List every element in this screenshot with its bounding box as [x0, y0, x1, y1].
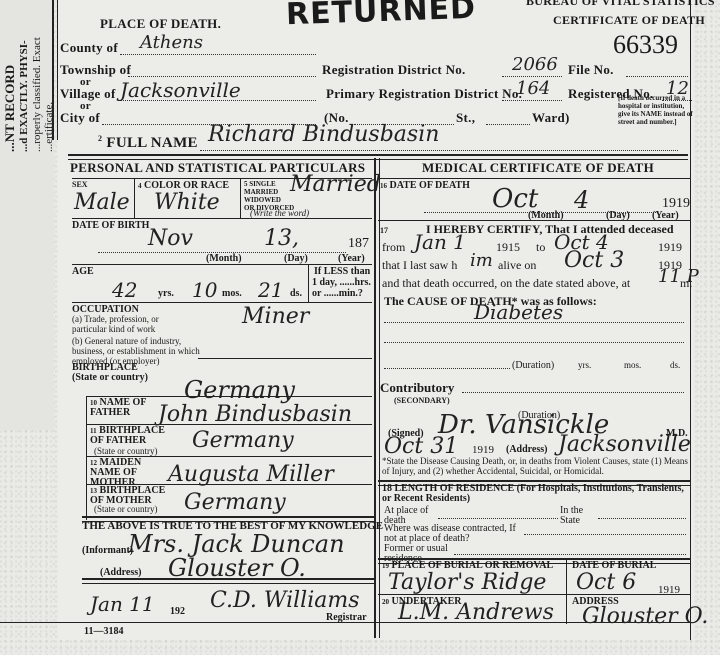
occupation-sub: (a) Trade, profession, or particular kin…: [72, 314, 192, 334]
father-birthplace-num: 11: [90, 427, 97, 435]
age-days: 21: [258, 278, 283, 302]
county-field: Athens: [120, 40, 316, 55]
marital-num: 5: [244, 180, 248, 188]
registration-district-value: 2066: [512, 54, 558, 75]
age-months: 10: [192, 278, 217, 302]
father-birthplace-label: 11 BIRTHPLACE OF FATHER: [90, 426, 170, 446]
father-label-text: NAME OF FATHER: [90, 397, 146, 418]
ds-label: ds.: [670, 360, 680, 370]
city-label: City of: [60, 110, 100, 126]
cause-value: Diabetes: [474, 300, 563, 324]
township-label: Township of: [60, 62, 131, 78]
occurred-text: and that death occurred, on the date sta…: [382, 276, 630, 291]
rule: [240, 178, 241, 218]
dob-day: 13,: [264, 226, 299, 251]
father-birthplace-value: Germany: [192, 428, 294, 453]
margin-strip: ...NT RECORD ...d EXACTLY. PHYSI- ...rop…: [0, 0, 54, 430]
age-years: 42: [112, 278, 137, 302]
rule: [72, 264, 372, 265]
dob-year-caption: (Year): [338, 253, 365, 264]
dob-label: DATE OF BIRTH: [72, 220, 149, 231]
occupation-value: Miner: [242, 304, 309, 329]
primary-district-field: 164: [502, 86, 562, 101]
marital-note: (Write the word): [250, 208, 309, 218]
margin-note: ...NT RECORD ...d EXACTLY. PHYSI- ...rop…: [2, 2, 52, 152]
undertaker-num: 20: [382, 598, 389, 606]
rule: [308, 264, 309, 302]
rule: [566, 558, 567, 624]
dob-month-caption: (Month): [206, 253, 242, 264]
burial-num: 19: [382, 562, 389, 570]
filed-year: 192: [170, 606, 185, 617]
residence-label: 18 LENGTH OF RESIDENCE (For Hospitals, I…: [382, 484, 688, 504]
margin-note-line: ...d EXACTLY. PHYSI-: [18, 40, 30, 152]
certificate-number: 66339: [613, 30, 678, 60]
contributory-label: Contributory: [380, 380, 454, 396]
full-name-value: Richard Bindusbasin: [208, 122, 439, 147]
birthplace-sub: (State or country): [72, 372, 148, 383]
yrs-label: yrs.: [158, 288, 174, 299]
dod-num: 16: [380, 182, 387, 190]
rule: [378, 594, 690, 595]
street-label: St.,: [456, 110, 475, 126]
father-label: 10 NAME OF FATHER: [90, 398, 160, 418]
yrs-label: yrs.: [578, 360, 591, 370]
age-label: AGE: [72, 266, 94, 277]
file-no-label: File No.: [568, 62, 614, 78]
contracted-label: Where was disease contracted, If not at …: [384, 524, 524, 544]
undertaker-value: L.M. Andrews: [398, 600, 554, 625]
mother-birthplace-sub: (State or country): [94, 504, 157, 514]
full-name-label: 2 FULL NAME: [98, 134, 198, 152]
medical-heading: MEDICAL CERTIFICATE OF DEATH: [422, 160, 654, 176]
county-value: Athens: [140, 32, 203, 53]
margin-note-line: ...NT RECORD: [2, 65, 18, 152]
certify-num: 17: [380, 226, 388, 235]
rule: [198, 358, 372, 359]
signed-address-value: Jacksonville: [558, 432, 691, 457]
birthplace-value: Germany: [184, 376, 295, 404]
duration-label: (Duration): [512, 360, 554, 371]
marital-option-widowed: WIDOWED: [244, 196, 281, 204]
certificate-title: CERTIFICATE OF DEATH: [553, 13, 705, 28]
county-label: County of: [60, 40, 118, 56]
race-num: 4: [138, 182, 142, 190]
mother-birthplace-label: 13 BIRTHPLACE OF MOTHER: [90, 486, 170, 506]
secondary-label: (SECONDARY): [394, 396, 450, 405]
rule: [454, 552, 686, 555]
signed-year: 1919: [472, 444, 494, 456]
dob-field: [98, 240, 346, 253]
father-birthplace-sub: (State or country): [94, 446, 157, 456]
primary-district-label: Primary Registration District No.: [326, 86, 522, 102]
mother-birthplace-text: BIRTHPLACE OF MOTHER: [90, 485, 165, 506]
dod-label: 16 DATE OF DEATH: [380, 180, 470, 191]
last-saw-label: that I last saw h: [382, 258, 457, 273]
rule: [72, 218, 372, 219]
burial-date-value: Oct 6: [576, 570, 636, 595]
to-label: to: [536, 240, 545, 255]
registrar-value: C.D. Williams: [210, 588, 360, 613]
dod-label-text: DATE OF DEATH: [390, 180, 470, 191]
address-label: (Address): [100, 567, 141, 578]
alive-on-value: Oct 3: [564, 248, 624, 273]
rule: [378, 178, 690, 179]
rule: [524, 530, 686, 535]
registration-district-field: 2066: [502, 62, 562, 77]
form-number: 11—3184: [84, 626, 123, 637]
ward-label: Ward): [532, 110, 570, 126]
rule: [462, 380, 684, 393]
less-than-label: If LESS than: [314, 266, 370, 277]
dob-day-caption: (Day): [284, 253, 308, 264]
margin-note-line: ...roperly classified. Exact: [31, 37, 43, 152]
filed-date: Jan 11: [90, 592, 155, 616]
mother-num: 12: [90, 459, 97, 467]
race-value: White: [154, 190, 220, 215]
residence-label-text: LENGTH OF RESIDENCE (For Hospitals, Inst…: [382, 483, 684, 504]
rule: [384, 360, 510, 369]
rule: [384, 342, 684, 343]
in-state-label: In the State: [560, 506, 600, 526]
to-year: 1919: [658, 240, 682, 255]
rule: [598, 512, 686, 519]
cause-footnote: *State the Disease Causing Death, or, in…: [382, 456, 688, 476]
mos-label: mos.: [624, 360, 641, 370]
township-field: [128, 62, 316, 77]
rule: [134, 178, 135, 218]
rule: [378, 220, 690, 221]
day-hrs-label: 1 day, ......hrs.: [312, 277, 371, 288]
sex-value: Male: [74, 190, 130, 215]
place-of-death-heading: PLACE OF DEATH.: [100, 16, 221, 32]
marital-option-single: SINGLE: [249, 180, 275, 188]
rule: [86, 396, 87, 520]
burial-value: Taylor's Ridge: [388, 570, 546, 595]
marital-value: Married: [290, 172, 381, 197]
last-saw-pronoun: im: [470, 250, 493, 271]
primary-district-value: 164: [516, 78, 550, 99]
signed-address-label: (Address): [506, 444, 547, 455]
full-name-num: 2: [98, 134, 102, 143]
bureau-title: BUREAU OF VITAL STATISTICS: [526, 0, 715, 9]
alive-on-label: alive on: [498, 258, 536, 273]
marital-option-married: MARRIED: [244, 188, 278, 196]
dob-year: 187: [348, 236, 369, 252]
from-value: Jan 1: [414, 230, 466, 254]
rule: [384, 322, 684, 323]
father-birthplace-text: BIRTHPLACE OF FATHER: [90, 425, 165, 446]
or-min-label: or ......min.?: [312, 288, 363, 299]
rule: [72, 302, 372, 303]
dod-day: 4: [574, 186, 589, 214]
undertaker-address-value: Glouster O.: [582, 604, 708, 629]
informant-label: (Informant): [82, 545, 133, 556]
from-label: from: [382, 240, 405, 255]
rule: [82, 578, 374, 584]
registration-district-label: Registration District No.: [322, 62, 466, 78]
hospital-note: [If death occurred in a hospital or inst…: [618, 94, 696, 126]
mother-birthplace-num: 13: [90, 487, 97, 495]
dob-month: Nov: [148, 226, 193, 251]
village-value: Jacksonville: [120, 78, 241, 102]
full-name-field: Richard Bindusbasin: [200, 134, 678, 151]
ds-label: ds.: [290, 288, 302, 299]
full-name-text: FULL NAME: [106, 135, 197, 151]
sex-label: SEX: [72, 180, 88, 189]
father-num: 10: [90, 399, 97, 407]
time-suffix: m.: [680, 276, 692, 291]
mos-label: mos.: [222, 288, 242, 299]
ward-field: [486, 110, 530, 125]
returned-stamp: RETURNED: [285, 0, 476, 32]
certificate-form: RETURNED BUREAU OF VITAL STATISTICS CERT…: [58, 0, 694, 640]
mother-birthplace-value: Germany: [184, 490, 286, 515]
right-border: [690, 0, 691, 640]
file-no-field: [626, 62, 688, 77]
from-year: 1915: [496, 240, 520, 255]
village-field: Jacksonville: [120, 86, 316, 101]
time-value: 11 P: [658, 266, 699, 287]
rule: [438, 512, 558, 519]
